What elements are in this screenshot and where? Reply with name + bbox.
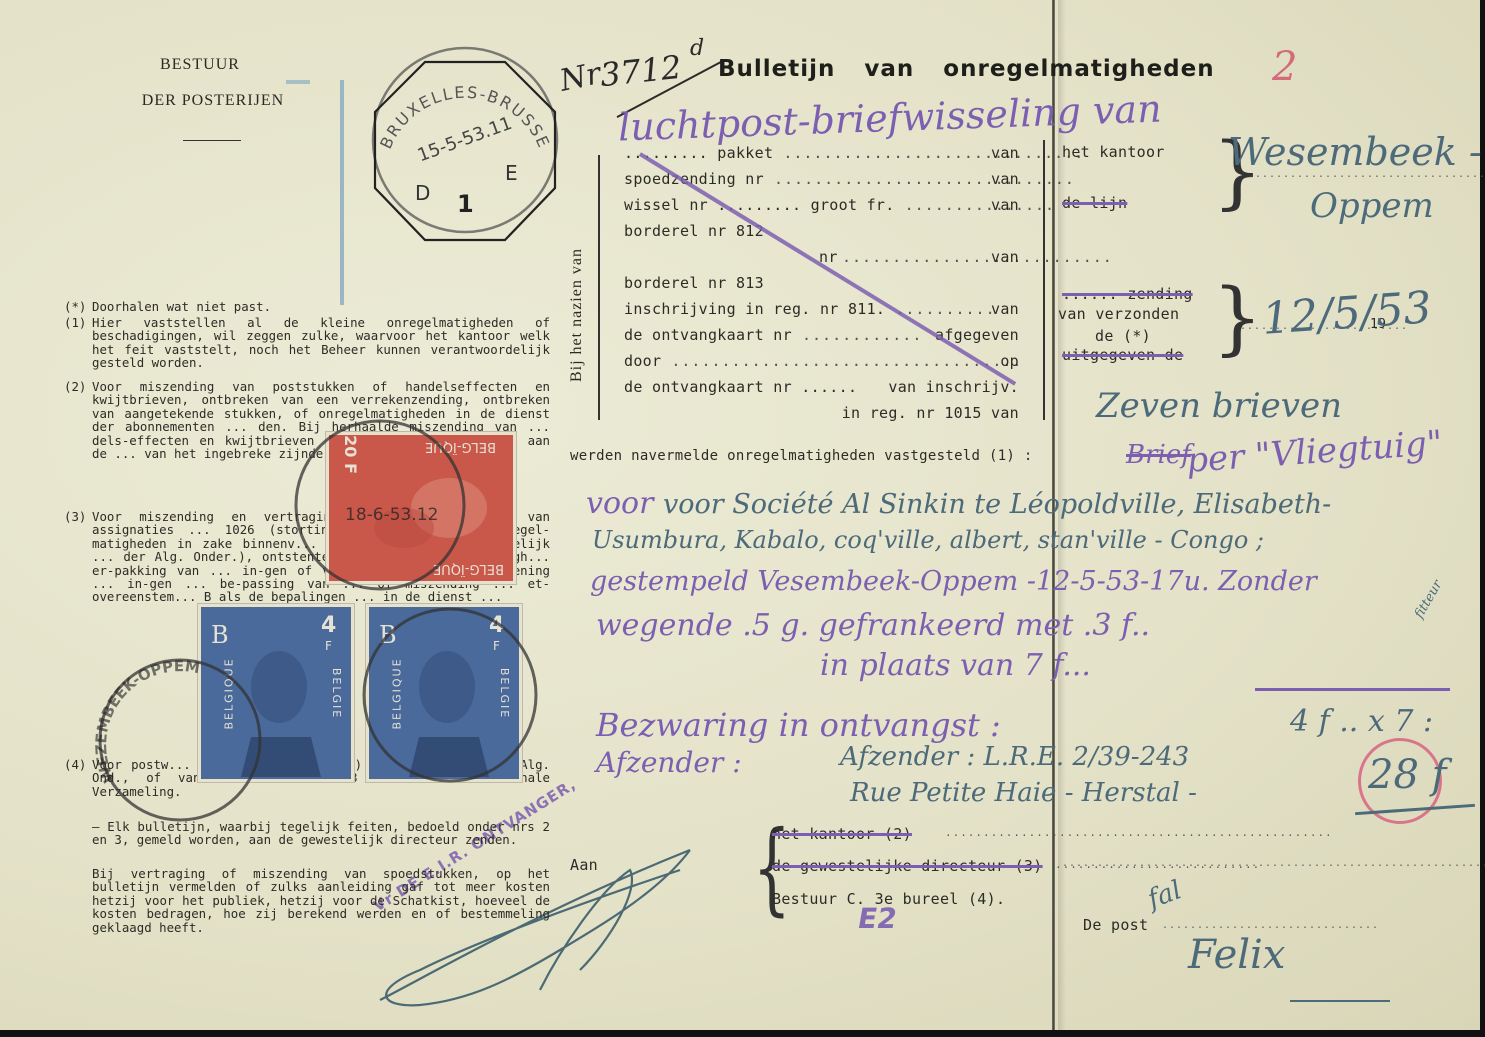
bulletin-title: Bulletijn van onregelmatigheden bbox=[718, 56, 1215, 82]
postal-irregularity-bulletin: BESTUUR DER POSTERIJEN 15-5-53.11 D 1 E … bbox=[0, 0, 1480, 1030]
footnote-number: (1) bbox=[64, 316, 86, 329]
footnote-text: Doorhalen wat niet past. bbox=[92, 300, 550, 314]
office-label: het kantoor bbox=[1062, 143, 1165, 161]
footnote-number: (4) bbox=[64, 758, 86, 771]
footnote-number: (*) bbox=[64, 300, 86, 313]
inspection-line-suffix: van bbox=[991, 170, 1019, 188]
cancellation-mark-2: WEZEMBEEK-OPPEM bbox=[90, 650, 280, 840]
signature-name: Felix bbox=[1188, 932, 1285, 978]
finding-line-10: Afzender : L.R.E. 2/39-243 bbox=[840, 742, 1189, 772]
inspection-line: wissel nr ......... groot fr. ..........… bbox=[624, 196, 1019, 216]
postmark-number: 1 bbox=[457, 190, 474, 218]
office-handwritten-2: Oppem bbox=[1310, 186, 1434, 226]
total-underline bbox=[1255, 688, 1450, 691]
inspection-line: inschrijving in reg. nr 811. ..........v… bbox=[624, 300, 1019, 320]
line-label: de lijn bbox=[1062, 194, 1127, 212]
header-rule bbox=[183, 140, 241, 141]
svg-text:18-6-53.12: 18-6-53.12 bbox=[345, 505, 438, 525]
footnote-text: Bij vertraging of miszending van spoedst… bbox=[92, 867, 550, 947]
finding-line-2: per "Vliegtuig" bbox=[1185, 423, 1444, 481]
cancellation-mark-3 bbox=[355, 600, 555, 800]
svg-text:WEZEMBEEK-OPPEM: WEZEMBEEK-OPPEM bbox=[92, 657, 201, 785]
inspection-line: door ...................................… bbox=[624, 352, 1019, 372]
footnote-text: Hier vaststellen al de kleine onregelmat… bbox=[92, 316, 550, 378]
right-bracket bbox=[1043, 140, 1045, 420]
blue-crayon-tick bbox=[286, 80, 310, 84]
finding-line-9: Bezwaring in ontvangst : bbox=[596, 706, 1001, 744]
left-bracket bbox=[598, 155, 600, 420]
bulletin-number-suffix: d bbox=[690, 36, 704, 61]
inspection-line-label: door bbox=[624, 352, 661, 370]
finding-line-10-label: Afzender : bbox=[596, 746, 742, 779]
admin-line-2: DER POSTERIJEN bbox=[108, 92, 318, 110]
date-brace: } bbox=[1212, 278, 1263, 358]
inspection-line-dots: ........................... bbox=[842, 248, 1113, 266]
finding-line-11: Rue Petite Haie - Herstal - bbox=[850, 778, 1197, 808]
inspection-line: de ontvangkaart nr ............afgegeven bbox=[624, 326, 1019, 346]
postmark-left-letter: D bbox=[415, 181, 430, 205]
finding-line-6: fitteur bbox=[1412, 578, 1446, 621]
finding-line-5: gestempeld Vesembeek-Oppem -12-5-53-17u.… bbox=[590, 566, 1317, 597]
bulletin-number-prefix: Nr bbox=[557, 56, 604, 99]
inspection-side-label: Bij het nazien van bbox=[568, 248, 586, 382]
inspection-line-suffix: van bbox=[991, 196, 1019, 214]
red-annotation: 2 bbox=[1272, 44, 1297, 90]
verzonden-label: van verzonden bbox=[1058, 305, 1179, 323]
inspection-line: borderel nr 812 bbox=[624, 222, 1019, 242]
inspection-line-label: borderel nr 812 bbox=[624, 222, 764, 240]
inspection-line: ......... pakket .......................… bbox=[624, 144, 1019, 164]
finding-line-8: in plaats van 7 f... bbox=[820, 648, 1091, 683]
signature-label: De post bbox=[1083, 916, 1148, 934]
upper-signature-dots: ........................................… bbox=[1062, 859, 1485, 870]
postmark-date: 15-5-53.11 bbox=[415, 113, 515, 167]
total-circled: 28 f bbox=[1368, 752, 1446, 798]
inspection-line: de ontvangkaart nr ......van inschrijv. bbox=[624, 378, 1019, 398]
footnote-number: (2) bbox=[64, 380, 86, 393]
inspection-line-suffix: van bbox=[991, 248, 1019, 266]
inspection-line-dots: .............................. bbox=[764, 170, 1075, 188]
finding-line-3: voor voor Société Al Sinkin te Léopoldvi… bbox=[586, 486, 1331, 521]
inspection-line-label: de ontvangkaart nr bbox=[624, 326, 792, 344]
findings-intro: werden navermelde onregelmatigheden vast… bbox=[570, 448, 1033, 464]
inspection-line-suffix: op bbox=[1000, 352, 1019, 370]
option-office: het kantoor (2) bbox=[772, 825, 912, 843]
inspection-line-label: wissel nr ......... groot fr. bbox=[624, 196, 895, 214]
inspection-line-suffix: in reg. nr 1015 van bbox=[842, 404, 1019, 422]
postmark-right-letter: E bbox=[505, 161, 518, 185]
inspection-line-dots: ............ bbox=[792, 326, 922, 344]
admin-line-1: BESTUUR bbox=[140, 56, 260, 74]
option-director: de gewestelijke directeur (3) bbox=[772, 857, 1043, 875]
de-label: de (*) bbox=[1095, 327, 1151, 345]
inspection-line-suffix: van inschrijv. bbox=[888, 378, 1019, 396]
option-office-dots: ........................................… bbox=[945, 828, 1333, 840]
uitgegeven-label: uitgegeven de bbox=[1062, 346, 1183, 364]
blue-crayon-mark bbox=[340, 80, 344, 305]
office-handwritten-1: Wesembeek - bbox=[1228, 130, 1482, 174]
signature-dots: ............................... bbox=[1162, 921, 1379, 932]
signature-underline bbox=[1290, 1000, 1390, 1002]
inspection-line-suffix: van bbox=[991, 300, 1019, 318]
octagon-postmark: 15-5-53.11 D 1 E BRUXELLES-BRUSSEL bbox=[365, 40, 565, 250]
inspection-line: in reg. nr 1015 van bbox=[624, 404, 1019, 424]
inspection-line-dots: .............................. bbox=[773, 144, 1084, 162]
handwritten-heading: luchtpost-briefwisseling van bbox=[617, 87, 1162, 150]
footnote-number: (3) bbox=[64, 510, 86, 523]
inspection-line-label: inschrijving in reg. nr 811. bbox=[624, 300, 885, 318]
office-dots: ........................................… bbox=[1248, 170, 1485, 181]
date-handwritten: 12/5/53 bbox=[1260, 282, 1433, 345]
inspection-line-suffix: van bbox=[991, 144, 1019, 162]
inspection-line-label: borderel nr 813 bbox=[624, 274, 764, 292]
admin-stamp-code: E2 bbox=[855, 902, 899, 935]
inspection-line-label: de ontvangkaart nr ...... bbox=[624, 378, 857, 396]
finding-line-7: wegende .5 g. gefrankeerd met .3 f.. bbox=[596, 608, 1150, 643]
zending-label: ...... zending bbox=[1062, 285, 1193, 303]
inspection-line-dots: ............... bbox=[895, 196, 1056, 214]
struck-word: Brief bbox=[1126, 440, 1191, 470]
signature-prefix: fal bbox=[1144, 875, 1186, 915]
finding-line-4: Usumbura, Kabalo, coq'ville, albert, sta… bbox=[592, 526, 1264, 554]
cancellation-mark-1: 18-6-53.12 bbox=[285, 410, 485, 610]
calculation: 4 f .. x 7 : bbox=[1290, 704, 1433, 739]
finding-line-1: Zeven brieven bbox=[1096, 386, 1342, 426]
inspection-line: borderel nr 813 bbox=[624, 274, 1019, 294]
